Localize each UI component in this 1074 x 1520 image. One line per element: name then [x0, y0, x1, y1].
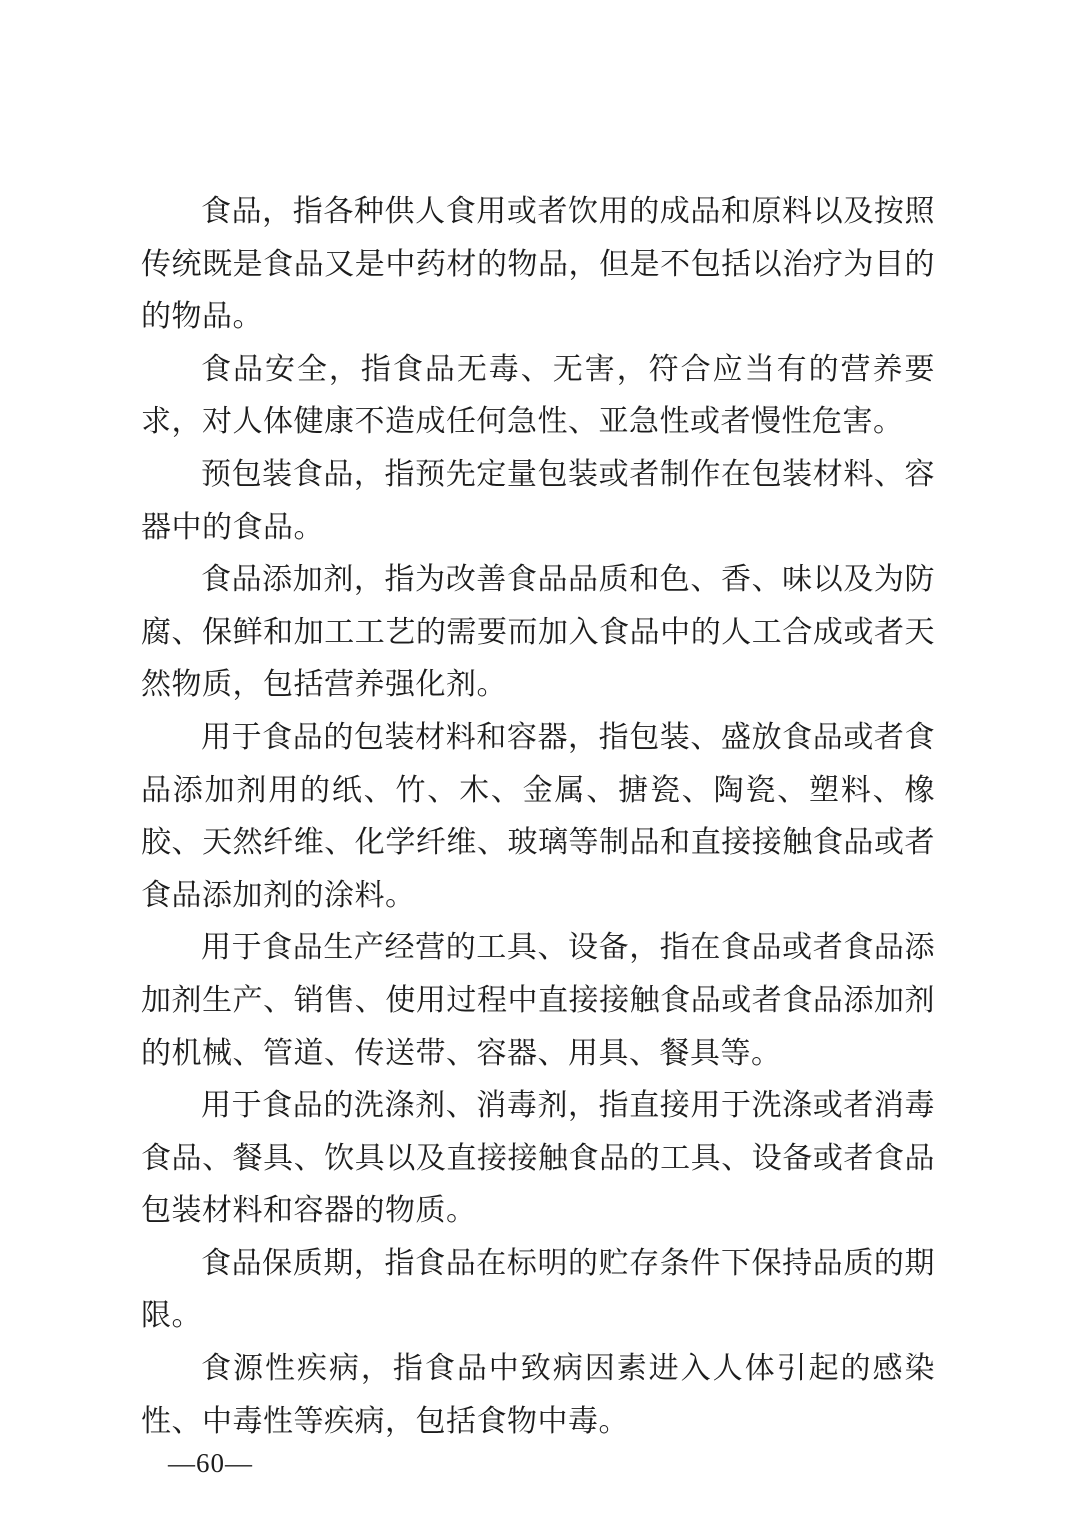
page-number: —60— [168, 1446, 253, 1480]
paragraph-definition-foodborne-disease: 食源性疾病，指食品中致病因素进入人体引起的感染性、中毒性等疾病，包括食物中毒。 [141, 1343, 935, 1448]
document-page: 食品，指各种供人食用或者饮用的成品和原料以及按照传统既是食品又是中药材的物品，但… [0, 0, 1074, 1520]
body-text: 食品，指各种供人食用或者饮用的成品和原料以及按照传统既是食品又是中药材的物品，但… [141, 186, 935, 1448]
paragraph-definition-food-safety: 食品安全，指食品无毒、无害，符合应当有的营养要求，对人体健康不造成任何急性、亚急… [141, 344, 935, 449]
paragraph-definition-tools-equipment: 用于食品生产经营的工具、设备，指在食品或者食品添加剂生产、销售、使用过程中直接接… [141, 922, 935, 1080]
paragraph-definition-packaging-materials: 用于食品的包装材料和容器，指包装、盛放食品或者食品添加剂用的纸、竹、木、金属、搪… [141, 712, 935, 922]
paragraph-definition-prepackaged-food: 预包装食品，指预先定量包装或者制作在包装材料、容器中的食品。 [141, 449, 935, 554]
paragraph-definition-food: 食品，指各种供人食用或者饮用的成品和原料以及按照传统既是食品又是中药材的物品，但… [141, 186, 935, 344]
paragraph-definition-shelf-life: 食品保质期，指食品在标明的贮存条件下保持品质的期限。 [141, 1238, 935, 1343]
paragraph-definition-detergents-disinfectants: 用于食品的洗涤剂、消毒剂，指直接用于洗涤或者消毒食品、餐具、饮具以及直接接触食品… [141, 1080, 935, 1238]
paragraph-definition-food-additive: 食品添加剂，指为改善食品品质和色、香、味以及为防腐、保鲜和加工工艺的需要而加入食… [141, 554, 935, 712]
